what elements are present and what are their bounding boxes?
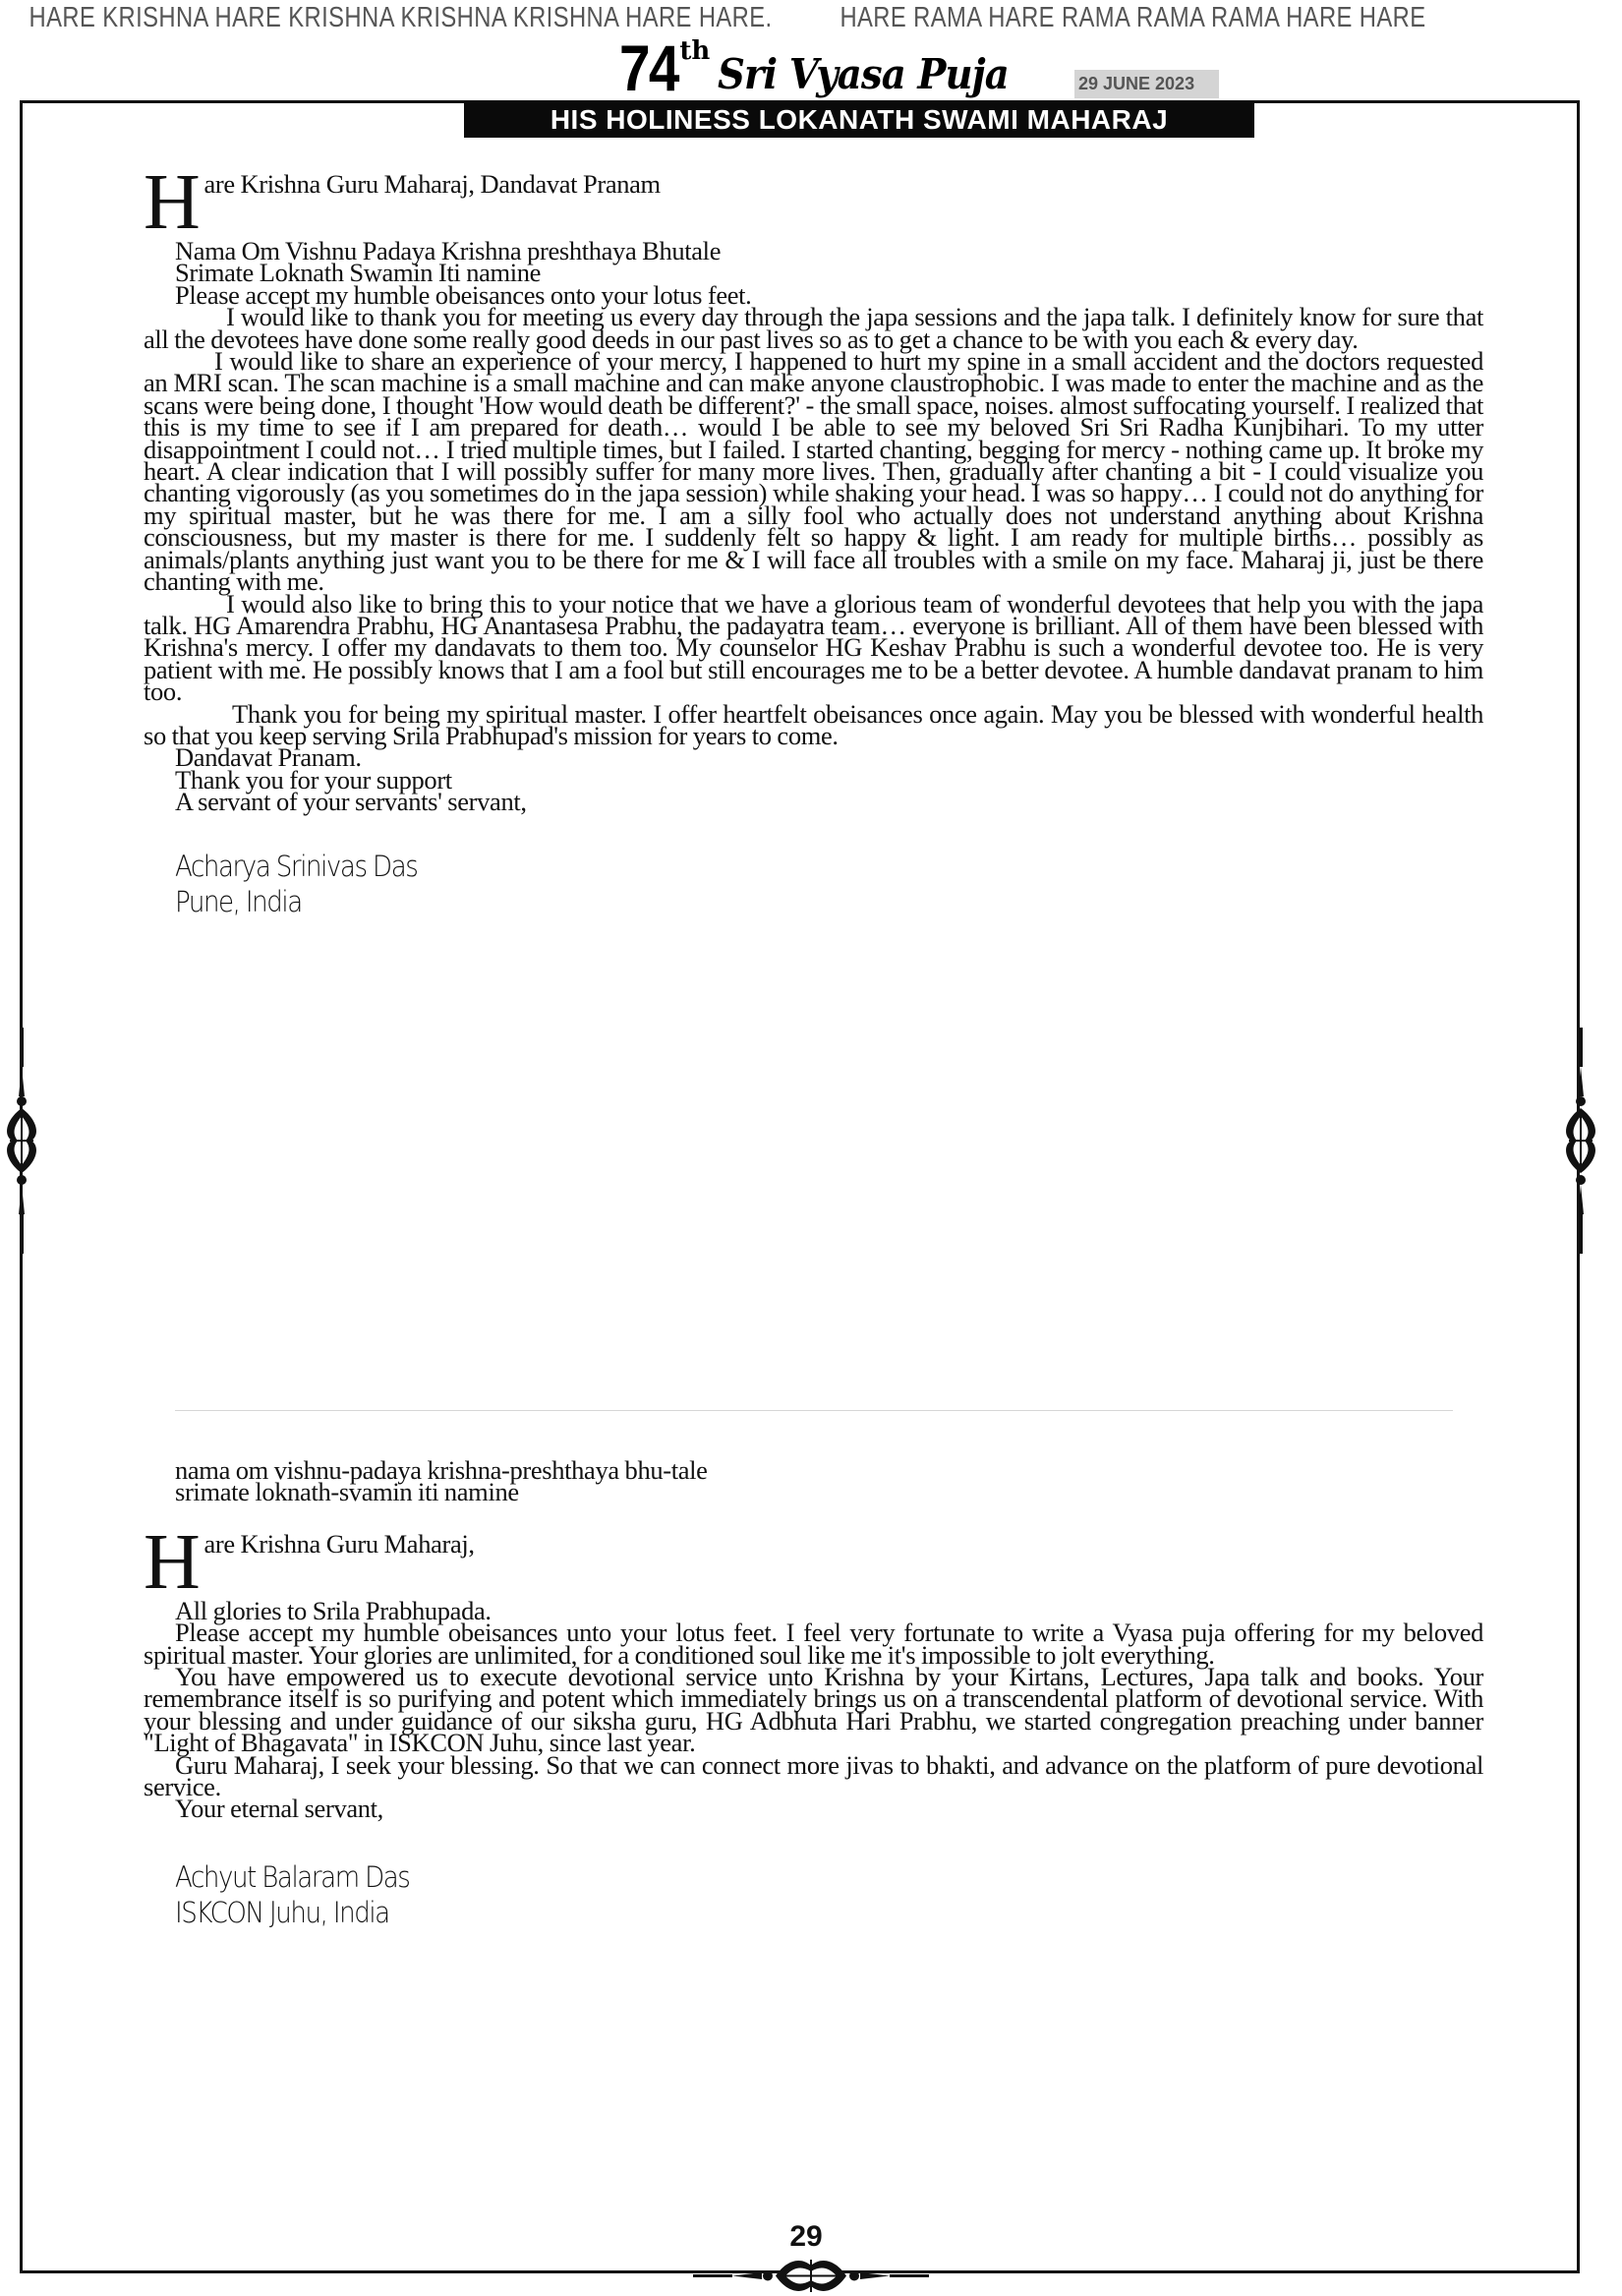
title-superscript: th — [679, 36, 710, 66]
signature-name: Acharya Srinivas Das — [175, 849, 1353, 884]
pranam-line: srimate loknath-svamin iti namine — [144, 1481, 1483, 1502]
dropcap: H — [144, 173, 200, 232]
paragraph: I would like to share an experience of y… — [144, 350, 1483, 592]
page-number: 29 — [777, 2222, 836, 2252]
salutation-text: are Krishna Guru Maharaj, Dandavat Prana… — [203, 169, 660, 199]
page-title: 74th Sri Vyasa Puja — [619, 37, 1033, 102]
paragraph: You have empowered us to execute devotio… — [144, 1666, 1483, 1754]
dropcap: H — [144, 1533, 200, 1592]
signature-block: Acharya Srinivas Das Pune, India — [144, 849, 1483, 919]
salutation: H are Krishna Guru Maharaj, — [144, 1537, 1483, 1596]
signature-location: Pune, India — [175, 884, 1353, 919]
paragraph: Please accept my humble obeisances unto … — [144, 1621, 1483, 1666]
date-badge: 29 JUNE 2023 — [1074, 70, 1219, 98]
paragraph: Thank you for being my spiritual master.… — [144, 703, 1483, 747]
salutation-text: are Krishna Guru Maharaj, — [203, 1529, 474, 1559]
mantra-left: HARE KRISHNA HARE KRISHNA KRISHNA KRISHN… — [29, 2, 773, 34]
paragraph: Guru Maharaj, I seek your blessing. So t… — [144, 1754, 1483, 1798]
paragraph: I would also like to bring this to your … — [144, 593, 1483, 703]
left-ornament-icon — [2, 1028, 41, 1254]
title-number: 74 — [619, 37, 678, 98]
mantra-right: HARE RAMA HARE RAMA RAMA RAMA HARE HARE — [840, 2, 1425, 34]
signature-block: Achyut Balaram Das ISKCON Juhu, India — [144, 1859, 1483, 1930]
right-ornament-icon — [1561, 1028, 1600, 1254]
closing-line: Your eternal servant, — [144, 1797, 1483, 1819]
letter-1: H are Krishna Guru Maharaj, Dandavat Pra… — [144, 177, 1483, 919]
bottom-ornament-icon — [693, 2252, 929, 2296]
paragraph: I would like to thank you for meeting us… — [144, 306, 1483, 350]
letter-2: nama om vishnu-padaya krishna-preshthaya… — [144, 1459, 1483, 1930]
closing-line: A servant of your servants' servant, — [144, 791, 1483, 812]
signature-name: Achyut Balaram Das — [175, 1859, 1353, 1895]
section-divider — [175, 1410, 1453, 1411]
title-text: Sri Vyasa Puja — [718, 50, 1009, 98]
signature-location: ISKCON Juhu, India — [175, 1895, 1353, 1930]
banner: HIS HOLINESS LOKANATH SWAMI MAHARAJ — [464, 102, 1254, 138]
salutation: H are Krishna Guru Maharaj, Dandavat Pra… — [144, 177, 1483, 236]
